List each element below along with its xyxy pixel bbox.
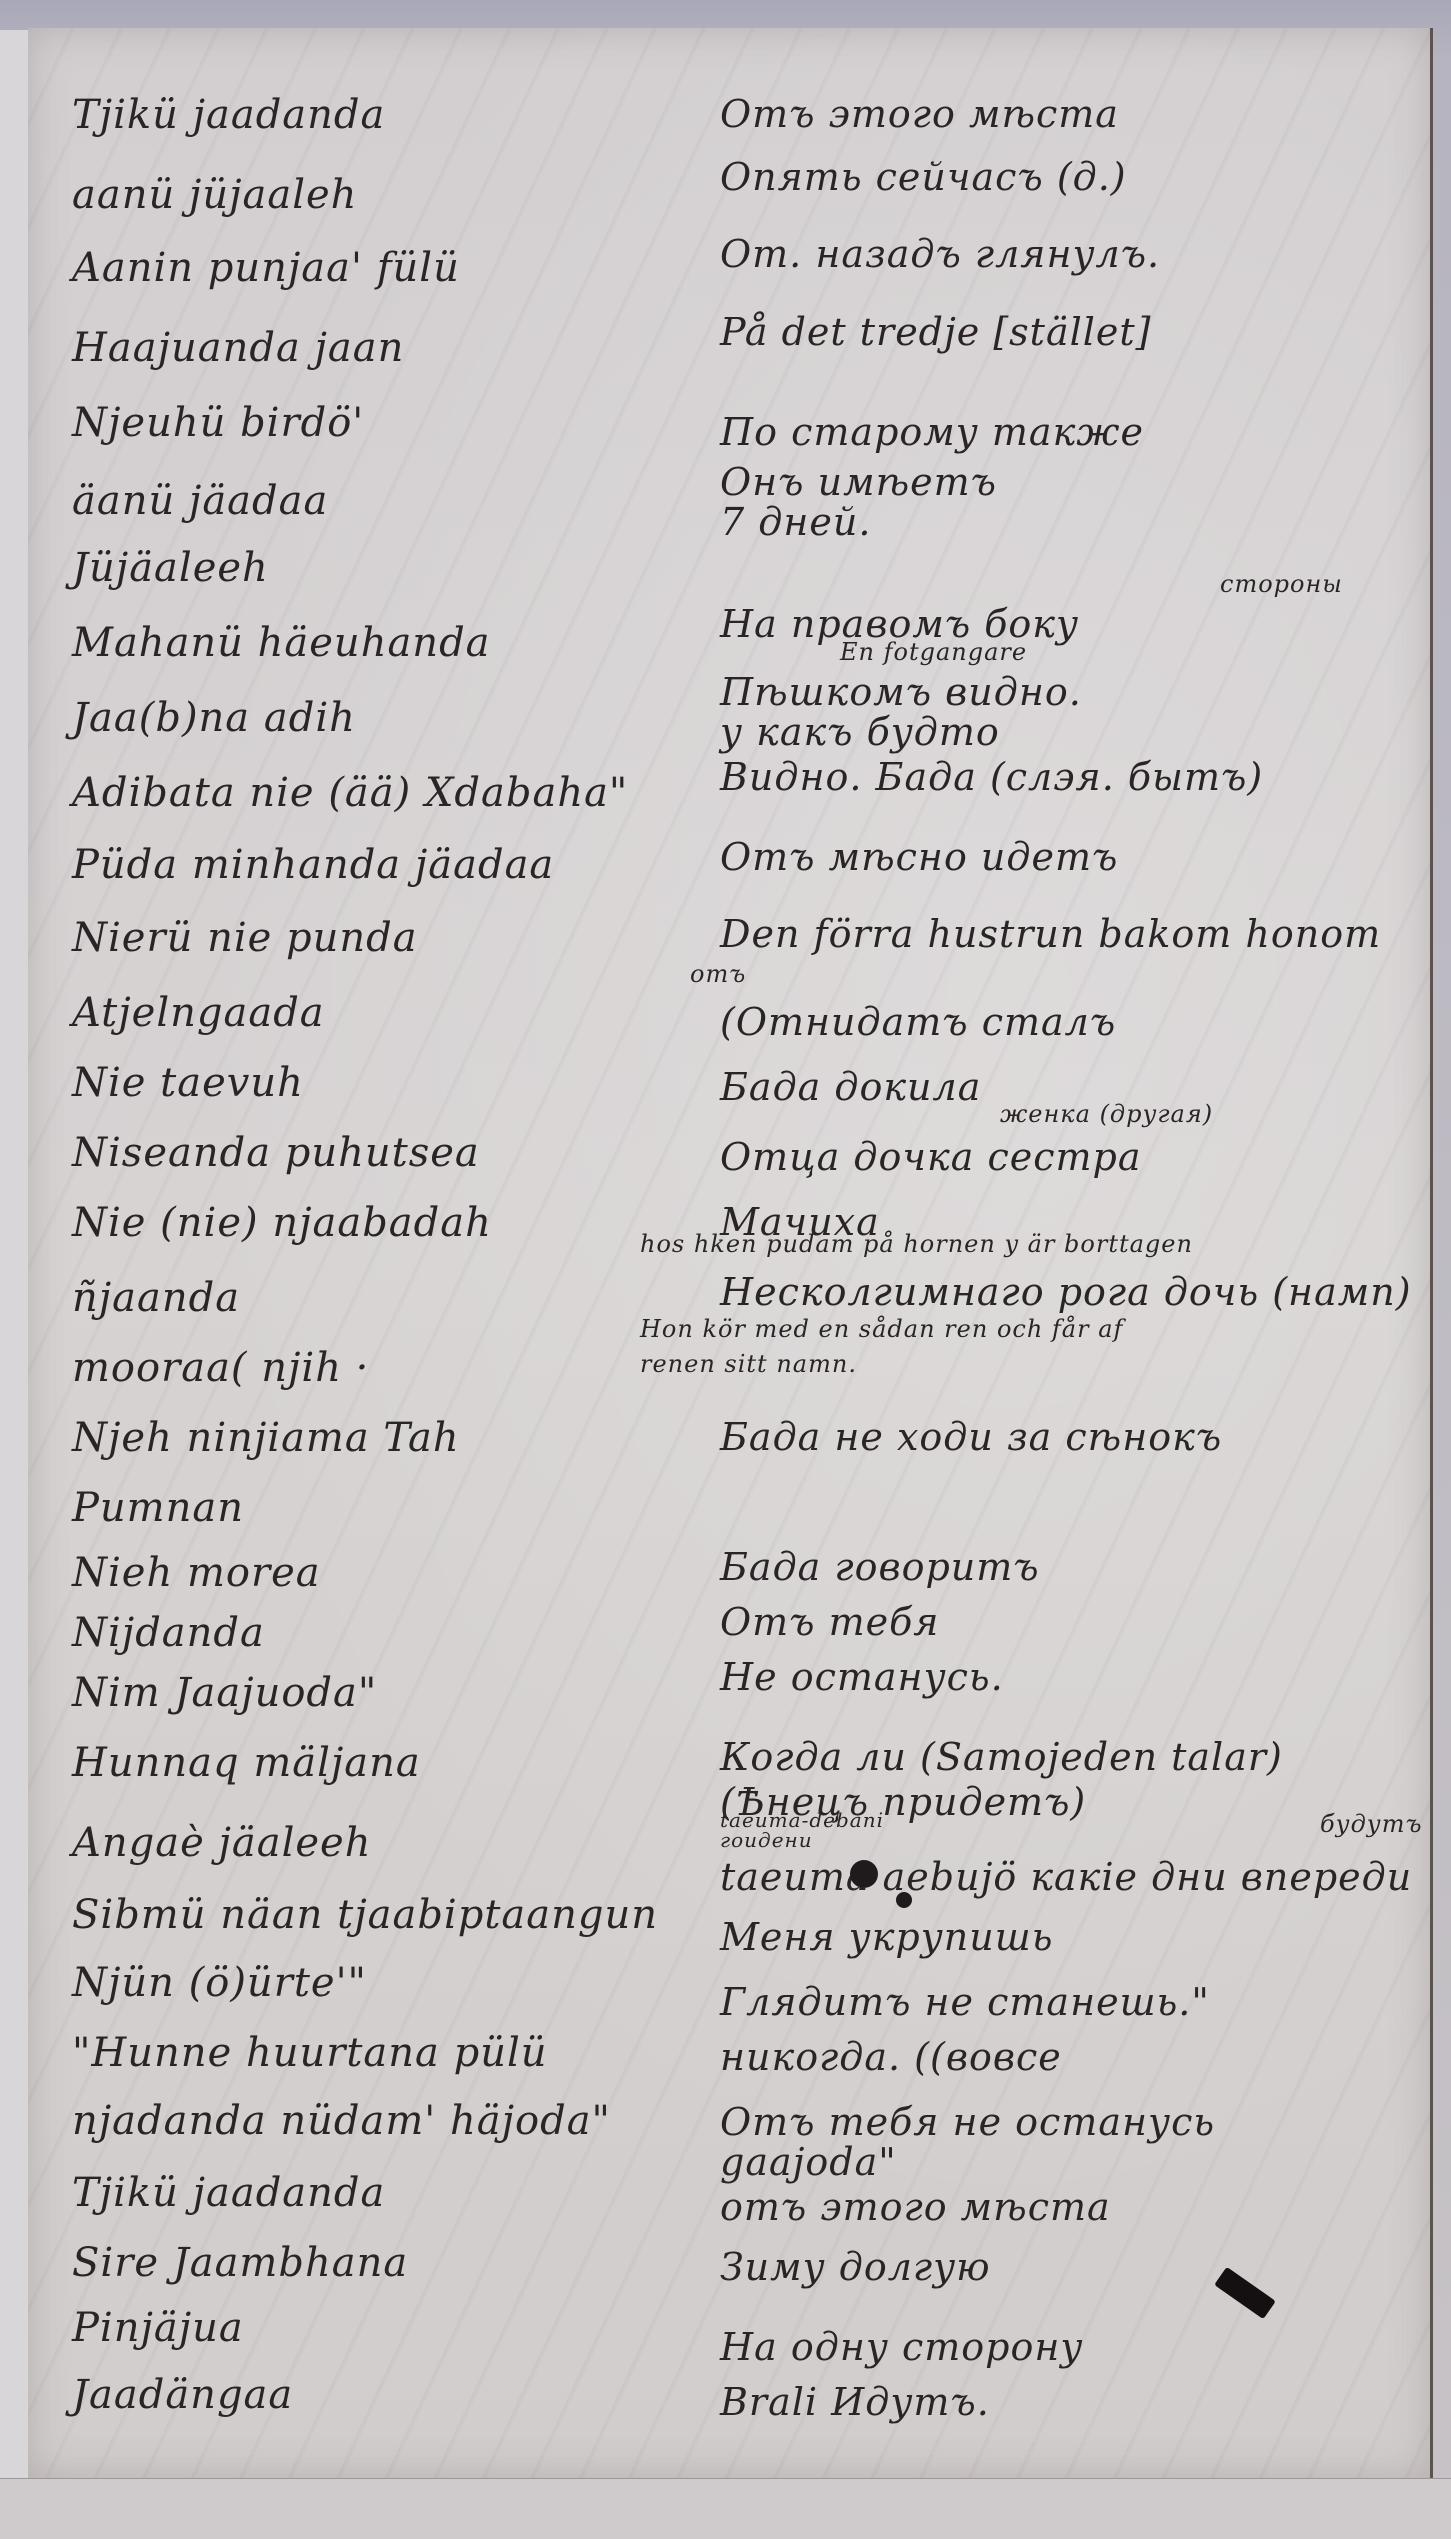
samoyed-line: mooraa( njih · [72, 1345, 369, 1391]
samoyed-line: Nie (nie) njaabadah [72, 1200, 492, 1246]
samoyed-line: Sibmü näan tjaabiptaangun [72, 1892, 658, 1938]
samoyed-line: Mahanü häeuhanda [72, 620, 491, 666]
translation-line: renen sitt namn. [640, 1350, 857, 1378]
translation-line: 7 дней. [720, 500, 871, 544]
translation-line: Онъ имѣетъ [720, 460, 997, 504]
translation-line: gaajoda" [720, 2140, 897, 2184]
translation-line: Опять сейчасъ (д.) [720, 155, 1127, 199]
samoyed-line: Jaadängaa [72, 2372, 293, 2418]
translation-line: никогда. ((вовсе [720, 2035, 1062, 2079]
samoyed-line: Nijdanda [72, 1610, 265, 1656]
translation-line: Brali Идутъ. [720, 2380, 990, 2424]
binding-strip [0, 30, 29, 2510]
samoyed-line: ñjaanda [72, 1275, 240, 1321]
translation-line: På det tredje [stället] [720, 310, 1152, 354]
translation-line: Отъ мѣсно идетъ [720, 835, 1118, 879]
translation-line: Зиму долгую [720, 2245, 991, 2289]
translation-line: Когда ли (Samojeden talar) [720, 1735, 1283, 1779]
samoyed-line: Sire Jaambhana [72, 2240, 408, 2286]
translation-line: Отъ тебя [720, 1600, 939, 1644]
samoyed-line: Nieh morea [72, 1550, 321, 1596]
samoyed-line: Tjikü jaadanda [72, 92, 385, 138]
translation-line: Глядитъ не станешь." [720, 1980, 1210, 2024]
samoyed-line: Pinjäjua [72, 2305, 244, 2351]
samoyed-line: äanü jäadaa [72, 478, 328, 524]
translation-line: женка (другая) [1000, 1100, 1213, 1128]
samoyed-line: Aanin punjaa' fülü [72, 245, 460, 291]
samoyed-line: Angaè jäaleeh [72, 1820, 371, 1866]
ink-blot [850, 1860, 878, 1888]
samoyed-line: njadanda nüdam' häjoda" [72, 2098, 611, 2144]
translation-line: Бада докила [720, 1065, 981, 1109]
translation-line: taeuma aebujö какіе дни впереди [720, 1855, 1412, 1899]
translation-line: Den förra hustrun bakom honom [720, 912, 1381, 956]
translation-line: отъ этого мѣста [720, 2185, 1111, 2229]
translation-line: Видно. Бада (слэя. бытъ) [720, 755, 1263, 799]
samoyed-line: Haajuanda jaan [72, 325, 404, 371]
ink-blot [896, 1892, 912, 1908]
translation-line: hos hken pudam på hornen y är borttagen [640, 1230, 1193, 1258]
samoyed-line: Nim Jaajuoda" [72, 1670, 377, 1716]
translation-line: Несколгимнаго рога дочь (намп) [720, 1270, 1412, 1314]
translation-line: По старому также [720, 410, 1144, 454]
samoyed-line: Püda minhanda jäadaa [72, 842, 554, 888]
translation-line: На одну сторону [720, 2325, 1083, 2369]
translation-line: От. назадъ глянулъ. [720, 232, 1160, 276]
samoyed-line: Hunnaq mäljana [72, 1740, 421, 1786]
samoyed-line: "Hunne huurtana pülü [72, 2030, 548, 2076]
translation-line: стороны [1220, 570, 1343, 598]
samoyed-line: Njün (ö)ürte'" [72, 1960, 367, 2006]
translation-line: En fotgangare [840, 638, 1027, 666]
samoyed-line: Njeuhü birdö' [72, 400, 364, 446]
translation-line: будутъ [1320, 1810, 1422, 1838]
samoyed-line: Jüjäaleeh [72, 545, 269, 591]
samoyed-line: Atjelngaada [72, 990, 325, 1036]
translation-line: Отца дочка сестра [720, 1135, 1142, 1179]
samoyed-line: aanü jüjaaleh [72, 172, 357, 218]
translation-line: Не останусь. [720, 1655, 1004, 1699]
translation-line: (Отнидатъ сталъ [720, 1000, 1116, 1044]
translation-line: Hon kör med en sådan ren och får af [640, 1315, 1123, 1343]
samoyed-line: Pumnan [72, 1485, 244, 1531]
translation-line: Бада говоритъ [720, 1545, 1040, 1589]
samoyed-line: Nie taevuh [72, 1060, 304, 1106]
translation-line: Пѣшкомъ видно. [720, 670, 1082, 714]
samoyed-line: Jaa(b)na adih [72, 695, 356, 741]
translation-line: Бада не ходи за сѣнокъ [720, 1415, 1222, 1459]
page-bottom-edge [0, 2478, 1451, 2539]
samoyed-line: Adibata nie (ää) Xdabaha" [72, 770, 628, 816]
samoyed-line: Nierü nie punda [72, 915, 418, 961]
samoyed-line: Njeh ninjiama Tah [72, 1415, 460, 1461]
translation-line: отъ [690, 960, 746, 988]
translation-line: у какъ будто [720, 710, 1000, 754]
translation-line: Отъ тебя не останусь [720, 2100, 1215, 2144]
translation-line: Отъ этого мѣста [720, 92, 1119, 136]
samoyed-line: Niseanda puhutsea [72, 1130, 480, 1176]
translation-line: Меня укрупишь [720, 1915, 1053, 1959]
translation-line: гоидени [720, 1828, 813, 1852]
samoyed-line: Tjikü jaadanda [72, 2170, 385, 2216]
